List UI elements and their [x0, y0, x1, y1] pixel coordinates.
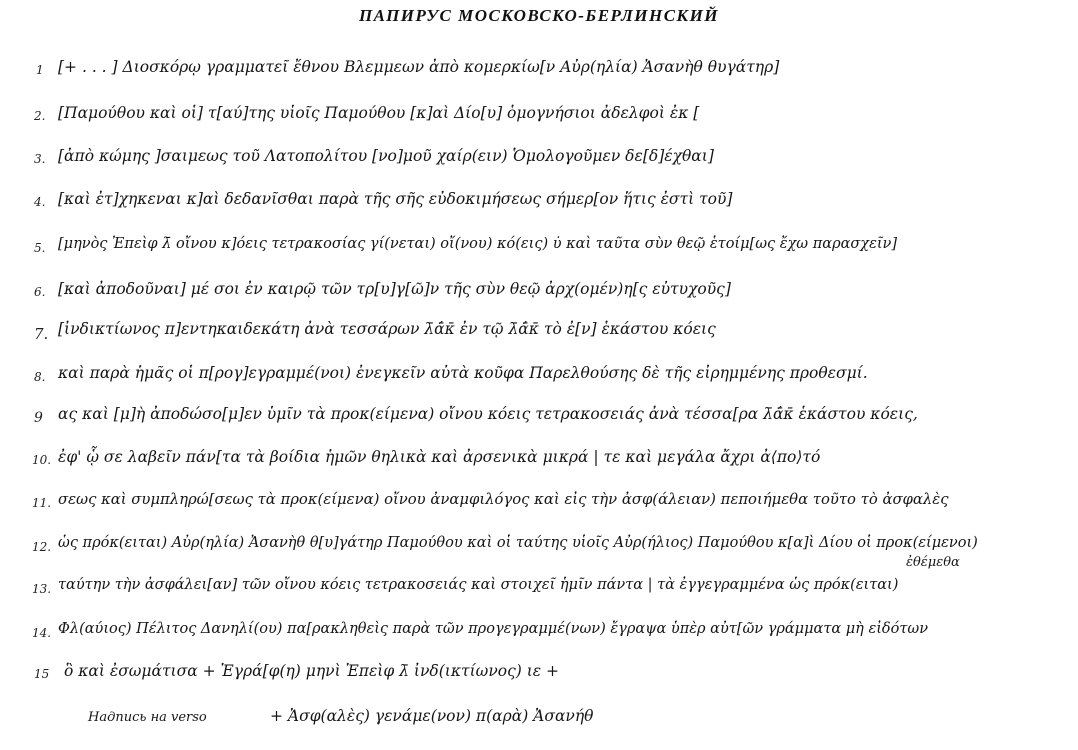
line-number: 6.: [34, 285, 45, 299]
line-number: 9: [34, 410, 43, 426]
line-text: Φλ(αύιος) Πέλιτος Δανηλί(ου) πα[ρακληθεὶ…: [58, 621, 928, 637]
line-number: 8.: [34, 370, 45, 384]
line-number: 15: [34, 667, 49, 681]
line-number: 11.: [32, 496, 51, 510]
verso-label: Надпись на verso: [88, 710, 207, 725]
line-text: [ἀπὸ κώμης ]σαιμεως τοῦ Λατοπολίτου [νο]…: [58, 147, 714, 165]
line-text: [Παμούθου καὶ οἱ] τ[αύ]της υἱοῖς Παμούθο…: [58, 104, 699, 122]
line-number: 3.: [34, 152, 45, 166]
line-text: ας καὶ [μ]ὴ ἀποδώσο[μ]εν ὑμῖν τὰ προκ(εί…: [58, 405, 918, 423]
line-text: καὶ παρὰ ἡμᾶς οἱ π[ρογ]εγραμμέ(νοι) ἐνεγ…: [58, 364, 868, 382]
line-number: 14.: [32, 626, 51, 640]
line-number: 7.: [34, 325, 48, 343]
line-text: [καὶ ἐτ]χηκεναι κ]αὶ δεδανῖσθαι παρὰ τῆς…: [58, 190, 732, 208]
line-text: ταύτην τὴν ἀσφάλει[αν] τῶν οἴνου κόεις τ…: [58, 577, 898, 593]
line-text: [+ . . . ] Διοσκόρῳ γραμματεῖ ἔθνου Βλεμ…: [58, 58, 779, 76]
line-text: [μηνὸς Ἐπεὶφ λ̄ οἴνου κ]όεις τετρακοσίας…: [58, 236, 897, 252]
line-text: ὃ καὶ ἐσωμάτισα + Ἐγρά[φ(η) μηνὶ Ἐπεὶφ λ…: [64, 662, 559, 680]
line-number: 4.: [34, 195, 45, 209]
interlinear-note: ἐθέμεθα: [906, 555, 960, 570]
verso-text: + Ἀσφ(αλὲς) γενάμε(νον) π(αρὰ) Ἀσανήθ: [270, 707, 593, 725]
line-number: 10.: [32, 453, 51, 467]
line-number: 5.: [34, 241, 45, 255]
line-number: 13.: [32, 582, 51, 596]
line-number: 12.: [32, 540, 51, 554]
line-text: σεως καὶ συμπληρώ[σεως τὰ προκ(είμενα) ο…: [58, 491, 949, 508]
line-number: 2.: [34, 109, 45, 123]
line-text: [ἰνδικτίωνος π]εντηκαιδεκάτη ἀνὰ τεσσάρω…: [58, 320, 716, 338]
line-text: ἐφ' ᾧ σε λαβεῖν πάν[τα τὰ βοίδια ἡμῶν θη…: [58, 448, 820, 466]
document-title: ПАПИРУС МОСКОВСКО-БЕРЛИНСКИЙ: [0, 6, 1078, 26]
line-number: 1: [36, 63, 44, 77]
line-text: [καὶ ἀποδοῦναι] μέ σοι ἐν καιρῷ τῶν τρ[υ…: [58, 280, 731, 298]
page: ПАПИРУС МОСКОВСКО-БЕРЛИНСКИЙ 1 [+ . . . …: [0, 0, 1078, 750]
line-text: ὡς πρόκ(ειται) Αὐρ(ηλία) Ἀσανὴθ θ[υ]γάτη…: [58, 535, 978, 551]
